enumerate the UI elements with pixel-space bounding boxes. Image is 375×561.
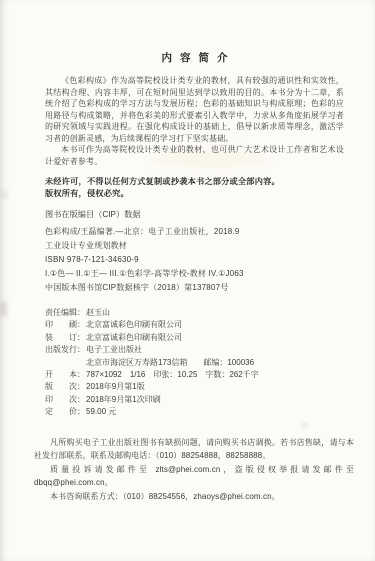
book-colophon-page: 内容简介 《色彩构成》作为高等院校设计类专业的教材，具有较强的通识性和实效性，其… bbox=[0, 0, 375, 561]
imprint-row: 印 次： 2018年9月第1次印刷 bbox=[45, 394, 344, 406]
imprint-label: 印 次： bbox=[45, 394, 86, 406]
imprint-label bbox=[45, 357, 86, 369]
cip-block: 色彩构成/王磊编著.—北京：电子工业出版社，2018.9 工业设计专业规划教材 … bbox=[45, 225, 344, 295]
imprint-block: 责任编辑： 赵玉山 印 刷： 北京富诚彩色印刷有限公司 装 订： 北京富诚彩色印… bbox=[45, 307, 344, 419]
imprint-label: 印 刷： bbox=[45, 319, 86, 331]
imprint-row: 印 刷： 北京富诚彩色印刷有限公司 bbox=[45, 319, 344, 331]
cip-line: 工业设计专业规划教材 bbox=[45, 239, 344, 253]
imprint-row: 责任编辑： 赵玉山 bbox=[45, 307, 344, 319]
imprint-row: 版 次： 2018年9月第1版 bbox=[45, 381, 344, 393]
imprint-label: 版 次： bbox=[45, 381, 86, 393]
cip-line: 色彩构成/王磊编著.—北京：电子工业出版社，2018.9 bbox=[45, 225, 344, 239]
page-title: 内容简介 bbox=[45, 0, 344, 65]
copyright-notice-line-2: 版权所有，侵权必究。 bbox=[45, 188, 344, 200]
footer-note: 凡所购买电子工业出版社图书有缺损问题，请向购买书店调换。若书店售缺，请与本社发行… bbox=[34, 436, 354, 463]
imprint-value: 2018年9月第1版 bbox=[86, 381, 145, 393]
intro-paragraph-1: 《色彩构成》作为高等院校设计类专业的教材，具有较强的通识性和实效性，其结构合理、… bbox=[45, 75, 344, 144]
cip-line: 中国版本图书馆CIP数据核字（2018）第137807号 bbox=[45, 281, 344, 295]
imprint-label: 装 订： bbox=[45, 332, 86, 344]
imprint-value: 电子工业出版社 bbox=[86, 344, 142, 356]
imprint-value: 北京富诚彩色印刷有限公司 bbox=[86, 332, 182, 344]
imprint-label: 出版发行： bbox=[45, 344, 86, 356]
imprint-label: 定 价： bbox=[45, 406, 86, 418]
imprint-value: 59.00 元 bbox=[86, 406, 116, 418]
imprint-label: 开 本： bbox=[45, 369, 86, 381]
footer-note: 本书咨询联系方式：（010）88254556，zhaoys@phei.com.c… bbox=[34, 490, 354, 504]
imprint-value: 北京市海淀区万寿路173信箱 邮编：100036 bbox=[86, 357, 254, 369]
imprint-value: 赵玉山 bbox=[86, 307, 110, 319]
imprint-row: 开 本： 787×1092 1/16 印张：10.25 字数：262千字 bbox=[45, 369, 344, 381]
imprint-value: 787×1092 1/16 印张：10.25 字数：262千字 bbox=[86, 369, 259, 381]
footer-note: 质量投诉请发邮件至 zlts@phei.com.cn，盗版侵权举报请发邮件至db… bbox=[34, 463, 354, 490]
imprint-label: 责任编辑： bbox=[45, 307, 86, 319]
intro-paragraph-2: 本书可作为高等院校设计类专业的教材，也可供广大艺术设计工作者和艺术设计爱好者参考… bbox=[45, 144, 344, 167]
copyright-notice-line-1: 未经许可，不得以任何方式复制或抄袭本书之部分或全部内容。 bbox=[45, 176, 344, 188]
cip-line: I.①色— II.①王— III.①色彩学-高等学校-教材 IV.①J063 bbox=[45, 267, 344, 281]
cip-heading: 图书在版编目（CIP）数据 bbox=[45, 209, 344, 221]
imprint-value: 北京富诚彩色印刷有限公司 bbox=[86, 319, 182, 331]
page-content: 内容简介 《色彩构成》作为高等院校设计类专业的教材，具有较强的通识性和实效性，其… bbox=[45, 0, 344, 503]
copyright-notice: 未经许可，不得以任何方式复制或抄袭本书之部分或全部内容。 版权所有，侵权必究。 bbox=[45, 176, 344, 200]
imprint-row: 定 价： 59.00 元 bbox=[45, 406, 344, 418]
imprint-row: 装 订： 北京富诚彩色印刷有限公司 bbox=[45, 332, 344, 344]
scan-artifact bbox=[0, 302, 7, 316]
publisher-service-notes: 凡所购买电子工业出版社图书有缺损问题，请向购买书店调换。若书店售缺，请与本社发行… bbox=[34, 436, 354, 504]
imprint-row: 北京市海淀区万寿路173信箱 邮编：100036 bbox=[45, 357, 344, 369]
imprint-value: 2018年9月第1次印刷 bbox=[86, 394, 161, 406]
imprint-row: 出版发行： 电子工业出版社 bbox=[45, 344, 344, 356]
scan-artifact bbox=[2, 190, 7, 199]
cip-line: ISBN 978-7-121-34630-9 bbox=[45, 253, 344, 267]
